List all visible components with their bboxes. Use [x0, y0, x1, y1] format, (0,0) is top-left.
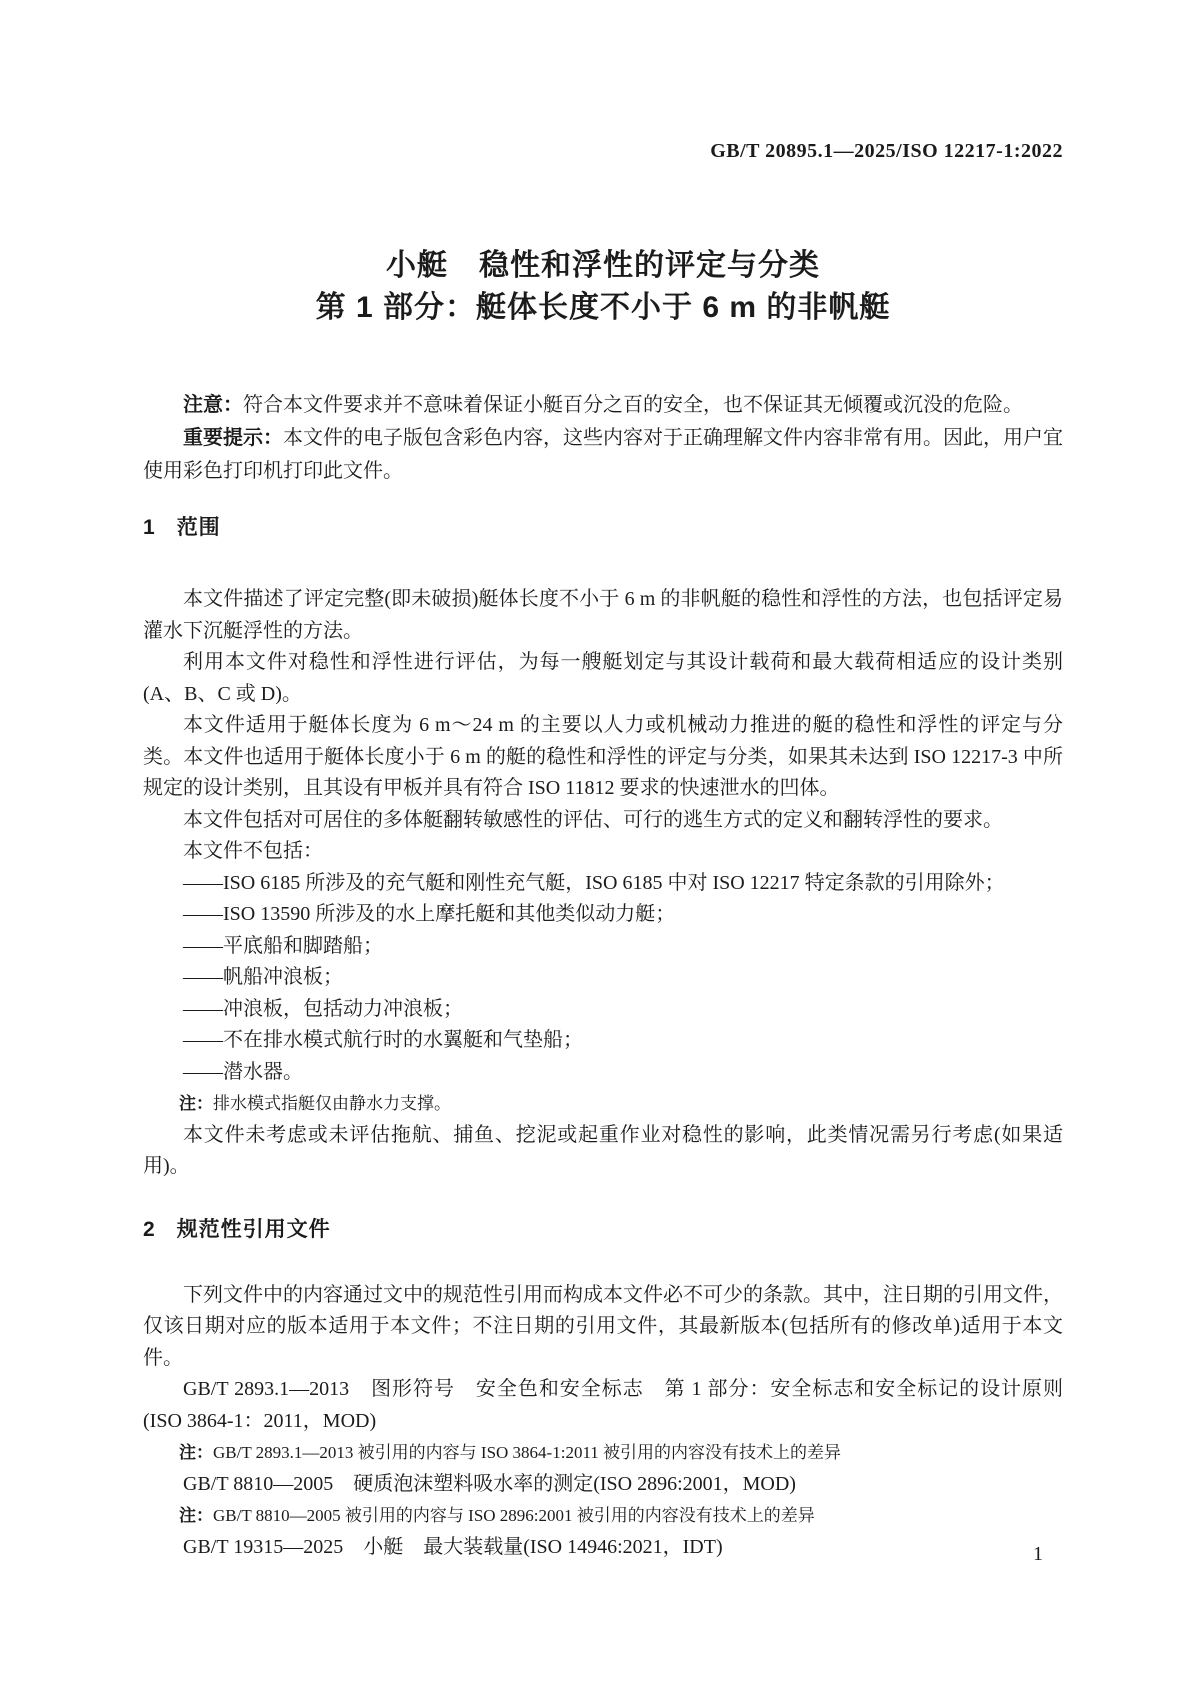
- section-2-title: 规范性引用文件: [177, 1218, 331, 1241]
- note-label: 注：: [179, 1443, 213, 1462]
- attention-label: 注意：: [183, 394, 243, 416]
- note-text: 排水模式指艇仅由静水力支撑。: [213, 1094, 451, 1113]
- note-text: GB/T 2893.1—2013 被引用的内容与 ISO 3864-1:2011…: [213, 1443, 841, 1462]
- document-page: GB/T 20895.1—2025/ISO 12217-1:2022 小艇 稳性…: [0, 0, 1191, 1685]
- section-1-heading: 1范围: [143, 516, 1063, 540]
- references-intro: 下列文件中的内容通过文中的规范性引用而构成本文件必不可少的条款。其中，注日期的引…: [143, 1280, 1063, 1375]
- attention-notice: 注意：符合本文件要求并不意味着保证小艇百分之百的安全，也不保证其无倾覆或沉没的危…: [143, 389, 1063, 422]
- reference-entry: GB/T 19315—2025 小艇 最大装载量(ISO 14946:2021，…: [143, 1532, 1063, 1564]
- reference-entry: GB/T 8810—2005 硬质泡沫塑料吸水率的测定(ISO 2896:200…: [143, 1469, 1063, 1501]
- scope-paragraph: 本文件描述了评定完整(即未破损)艇体长度不小于 6 m 的非帆艇的稳性和浮性的方…: [143, 584, 1063, 647]
- scope-paragraph: 本文件适用于艇体长度为 6 m～24 m 的主要以人力或机械动力推进的艇的稳性和…: [143, 710, 1063, 805]
- section-1-title: 范围: [177, 516, 221, 539]
- scope-paragraph: 本文件不包括：: [143, 836, 1063, 868]
- exclusion-item: ——平底船和脚踏船；: [143, 931, 1063, 963]
- section-2-number: 2: [143, 1218, 155, 1242]
- important-label: 重要提示：: [183, 427, 283, 449]
- scope-closing-paragraph: 本文件未考虑或未评估拖航、捕鱼、挖泥或起重作业对稳性的影响，此类情况需另行考虑(…: [143, 1120, 1063, 1183]
- title-line-1: 小艇 稳性和浮性的评定与分类: [143, 245, 1063, 287]
- scope-paragraph: 利用本文件对稳性和浮性进行评估，为每一艘艇划定与其设计载荷和最大载荷相适应的设计…: [143, 647, 1063, 710]
- standard-number-header: GB/T 20895.1—2025/ISO 12217-1:2022: [143, 140, 1063, 163]
- section-1-number: 1: [143, 516, 155, 540]
- reference-note: 注：GB/T 8810—2005 被引用的内容与 ISO 2896:2001 被…: [143, 1500, 1063, 1532]
- notice-block: 注意：符合本文件要求并不意味着保证小艇百分之百的安全，也不保证其无倾覆或沉没的危…: [143, 389, 1063, 488]
- reference-note: 注：GB/T 2893.1—2013 被引用的内容与 ISO 3864-1:20…: [143, 1437, 1063, 1469]
- scope-note: 注：排水模式指艇仅由静水力支撑。: [143, 1088, 1063, 1120]
- note-label: 注：: [179, 1506, 213, 1525]
- exclusion-item: ——不在排水模式航行时的水翼艇和气垫船；: [143, 1025, 1063, 1057]
- important-notice: 重要提示：本文件的电子版包含彩色内容，这些内容对于正确理解文件内容非常有用。因此…: [143, 422, 1063, 488]
- exclusion-item: ——ISO 13590 所涉及的水上摩托艇和其他类似动力艇；: [143, 899, 1063, 931]
- exclusion-item: ——潜水器。: [143, 1057, 1063, 1089]
- section-1-body: 本文件描述了评定完整(即未破损)艇体长度不小于 6 m 的非帆艇的稳性和浮性的方…: [143, 584, 1063, 1183]
- page-number: 1: [1033, 1542, 1043, 1566]
- exclusion-item: ——帆船冲浪板；: [143, 962, 1063, 994]
- reference-entry: GB/T 2893.1—2013 图形符号 安全色和安全标志 第 1 部分：安全…: [143, 1374, 1063, 1437]
- note-label: 注：: [179, 1094, 213, 1113]
- exclusion-item: ——ISO 6185 所涉及的充气艇和刚性充气艇，ISO 6185 中对 ISO…: [143, 868, 1063, 900]
- scope-paragraph: 本文件包括对可居住的多体艇翻转敏感性的评估、可行的逃生方式的定义和翻转浮性的要求…: [143, 805, 1063, 837]
- section-2-body: 下列文件中的内容通过文中的规范性引用而构成本文件必不可少的条款。其中，注日期的引…: [143, 1280, 1063, 1564]
- exclusion-item: ——冲浪板，包括动力冲浪板；: [143, 994, 1063, 1026]
- title-line-2: 第 1 部分：艇体长度不小于 6 m 的非帆艇: [143, 287, 1063, 329]
- section-2-heading: 2规范性引用文件: [143, 1218, 1063, 1242]
- attention-text: 符合本文件要求并不意味着保证小艇百分之百的安全，也不保证其无倾覆或沉没的危险。: [243, 394, 1023, 416]
- document-title: 小艇 稳性和浮性的评定与分类 第 1 部分：艇体长度不小于 6 m 的非帆艇: [143, 245, 1063, 329]
- note-text: GB/T 8810—2005 被引用的内容与 ISO 2896:2001 被引用…: [213, 1506, 815, 1525]
